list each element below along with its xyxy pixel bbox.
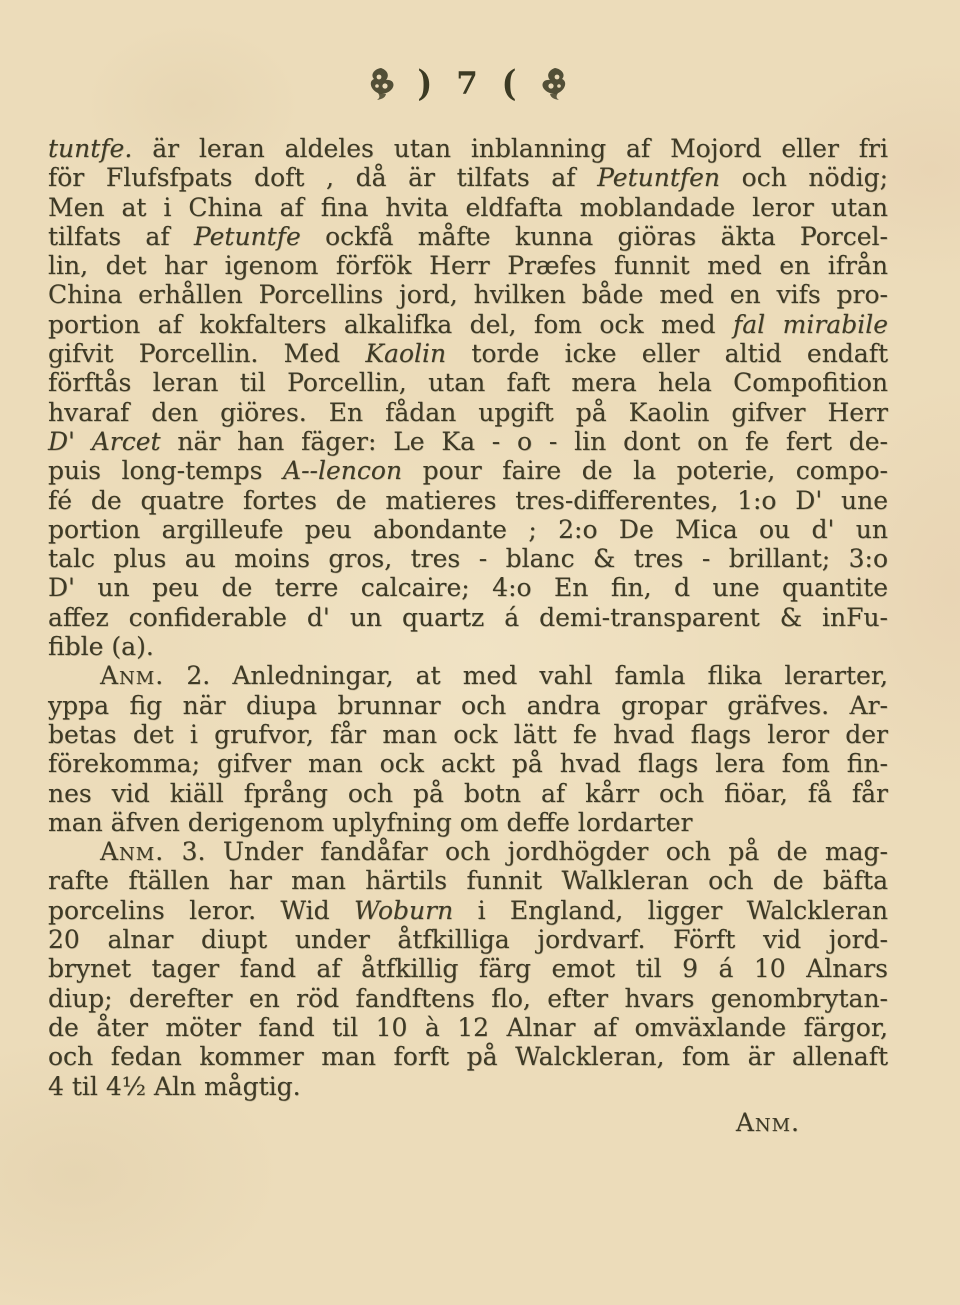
italic-text: A--lencon [283, 456, 402, 485]
text-line: betas det i grufvor, får man ock lätt fe… [48, 720, 888, 749]
text-line: gifvit Porcellin. Med Kaolin torde icke … [48, 339, 888, 368]
text-segment: förekomma; gifver man ock ackt på hvad f… [48, 749, 888, 778]
text-segment: i England, ligger Walckleran [453, 896, 888, 925]
text-line: hvaraf den giöres. En fådan upgift på Ka… [48, 398, 888, 427]
text-segment: rafte ftällen har man härtils funnit Wal… [48, 866, 888, 895]
text-segment: portion argilleufe peu abondante ; 2:o D… [48, 515, 888, 544]
text-line: brynet tager fand af åtfkillig färg emot… [48, 954, 888, 983]
text-segment: yppa fig när diupa brunnar och andra gro… [48, 691, 888, 720]
text-line: yppa fig när diupa brunnar och andra gro… [48, 691, 888, 720]
text-segment: lin, det har igenom förfök Herr Præfes f… [48, 251, 888, 280]
text-segment: ockfå måfte kunna giöras äkta Porcel- [301, 222, 888, 251]
text-segment: och fedan kommer man forft på Walckleran… [48, 1042, 888, 1071]
text-segment: betas det i grufvor, får man ock lätt fe… [48, 720, 888, 749]
text-line: talc plus au moins gros, tres - blanc & … [48, 544, 888, 573]
text-segment: när han fäger: Le Ka - o - lin dont on f… [161, 427, 888, 456]
text-line: förftås leran til Porcellin, utan faft m… [48, 368, 888, 397]
text-line: Anm. 2. Anledningar, at med vahl famla f… [48, 661, 888, 690]
text-segment: och nödig; [720, 163, 888, 192]
italic-text: Woburn [354, 896, 453, 925]
text-line: lin, det har igenom förfök Herr Præfes f… [48, 251, 888, 280]
text-line: portion af kokfalters alkalifka del, fom… [48, 310, 888, 339]
text-segment: diup; derefter en röd fandftens flo, eft… [48, 984, 888, 1013]
text-line: rafte ftällen har man härtils funnit Wal… [48, 866, 888, 895]
text-segment: 20 alnar diupt under åtfkilliga jordvarf… [48, 925, 888, 954]
text-segment: gifvit Porcellin. Med [48, 339, 365, 368]
text-line: tuntfe. är leran aldeles utan inblanning… [48, 134, 888, 163]
text-line: China erhållen Porcellins jord, hvilken … [48, 280, 888, 309]
text-line: fé de quatre fortes de matieres tres-dif… [48, 486, 888, 515]
text-segment: Men at i China af fina hvita eldfafta mo… [48, 193, 888, 222]
text-segment: 2. Anledningar, at med vahl famla flika … [164, 661, 888, 690]
text-segment: D' un peu de terre calcaire; 4:o En fin,… [48, 573, 888, 602]
text-segment: nes vid kiäll fprång och på botn af kårr… [48, 779, 888, 808]
text-segment: hvaraf den giöres. En fådan upgift på Ka… [48, 398, 888, 427]
text-segment: talc plus au moins gros, tres - blanc & … [48, 544, 888, 573]
text-segment: de åter möter fand til 10 à 12 Alnar af … [48, 1013, 888, 1042]
text-segment: puis long-temps [48, 456, 283, 485]
page-header: ) 7 ( [48, 66, 888, 102]
italic-text: D' Arcet [48, 427, 161, 456]
italic-text: tuntfe. [48, 134, 132, 163]
text-segment: portion af kokfalters alkalifka del, fom… [48, 310, 733, 339]
text-line: 20 alnar diupt under åtfkilliga jordvarf… [48, 925, 888, 954]
text-line: Anm. 3. Under fandåfar och jordhögder oc… [48, 837, 888, 866]
text-block: tuntfe. är leran aldeles utan inblanning… [48, 134, 888, 1101]
page-number: 7 [456, 66, 480, 102]
text-line: och fedan kommer man forft på Walckleran… [48, 1042, 888, 1071]
text-segment: brynet tager fand af åtfkillig färg emot… [48, 954, 888, 983]
fleuron-icon [540, 67, 570, 101]
text-segment: 3. Under fandåfar och jordhögder och på … [164, 837, 888, 866]
text-segment: porcelins leror. Wid [48, 896, 354, 925]
header-open-paren: ) [418, 63, 435, 104]
text-segment: pour faire de la poterie, compo- [402, 456, 888, 485]
text-segment: China erhållen Porcellins jord, hvilken … [48, 280, 888, 309]
text-line: D' Arcet när han fäger: Le Ka - o - lin … [48, 427, 888, 456]
text-segment: förftås leran til Porcellin, utan faft m… [48, 368, 888, 397]
text-line: diup; derefter en röd fandftens flo, eft… [48, 984, 888, 1013]
catchword: Anm. [48, 1108, 888, 1137]
text-segment: torde icke eller altid endaft [446, 339, 888, 368]
text-line: de åter möter fand til 10 à 12 Alnar af … [48, 1013, 888, 1042]
italic-text: fal mirabile [733, 310, 888, 339]
text-line: för Flufsfpats doft , då är tilfats af P… [48, 163, 888, 192]
text-segment: är leran aldeles utan inblanning af Mojo… [132, 134, 888, 163]
smallcaps-text: Anm. [100, 837, 164, 866]
text-line: porcelins leror. Wid Woburn i England, l… [48, 896, 888, 925]
text-segment: fible (a). [48, 632, 154, 661]
italic-text: Kaolin [365, 339, 446, 368]
text-segment: man äfven derigenom uplyfning om deffe l… [48, 808, 692, 837]
text-segment: 4 til 4½ Aln mågtig. [48, 1072, 301, 1101]
text-segment: fé de quatre fortes de matieres tres-dif… [48, 486, 888, 515]
fleuron-icon [366, 67, 396, 101]
text-line: fible (a). [48, 632, 888, 661]
text-line: Men at i China af fina hvita eldfafta mo… [48, 193, 888, 222]
text-line: affez confiderable d' un quartz á demi-t… [48, 603, 888, 632]
text-line: puis long-temps A--lencon pour faire de … [48, 456, 888, 485]
italic-text: Petuntfe [194, 222, 301, 251]
text-segment: affez confiderable d' un quartz á demi-t… [48, 603, 888, 632]
text-line: man äfven derigenom uplyfning om deffe l… [48, 808, 888, 837]
book-page: ) 7 ( tuntfe. är leran aldeles utan inbl… [0, 0, 960, 1305]
italic-text: Petuntfen [597, 163, 720, 192]
text-line: tilfats af Petuntfe ockfå måfte kunna gi… [48, 222, 888, 251]
text-line: D' un peu de terre calcaire; 4:o En fin,… [48, 573, 888, 602]
text-line: förekomma; gifver man ock ackt på hvad f… [48, 749, 888, 778]
text-segment: tilfats af [48, 222, 194, 251]
smallcaps-text: Anm. [100, 661, 164, 690]
text-line: portion argilleufe peu abondante ; 2:o D… [48, 515, 888, 544]
text-line: 4 til 4½ Aln mågtig. [48, 1072, 888, 1101]
text-segment: för Flufsfpats doft , då är tilfats af [48, 163, 597, 192]
text-line: nes vid kiäll fprång och på botn af kårr… [48, 779, 888, 808]
header-close-paren: ( [502, 63, 519, 104]
